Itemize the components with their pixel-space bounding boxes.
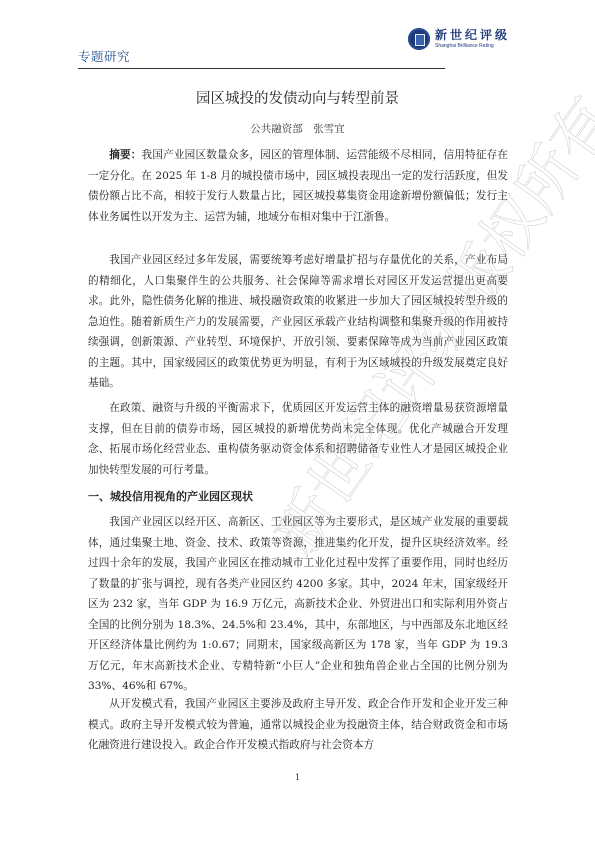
section-heading: 一、城投信用视角的产业园区现状	[88, 488, 253, 504]
logo-text: 新世纪评级 Shanghai Brilliance Rating	[435, 28, 510, 50]
intro-paragraph-1: 我国产业园区经过多年发展，需要统筹考虑好增量扩招与存量优化的关系，产业布局的精细…	[88, 250, 508, 394]
section-paragraph-2: 从开发模式看，我国产业园区主要涉及政府主导开发、政企合作开发和企业开发三种模式。…	[88, 694, 508, 756]
document-authors: 公共融资部 张雪宜	[0, 121, 595, 136]
document-title: 园区城投的发债动向与转型前景	[0, 87, 595, 108]
intro-paragraph-2: 在政策、融资与升级的平衡需求下，优质园区开发运营主体的融资增量易获资源增量支撑，…	[88, 398, 508, 480]
company-logo: 新世纪评级 Shanghai Brilliance Rating	[408, 28, 510, 50]
logo-name-en: Shanghai Brilliance Rating	[435, 42, 510, 50]
abstract: 摘要：我国产业园区数量众多，园区的管理体制、运营能级不尽相同，信用特征存在一定分…	[88, 145, 508, 227]
section-label: 专题研究	[78, 47, 130, 65]
abstract-text: 我国产业园区数量众多，园区的管理体制、运营能级不尽相同，信用特征存在一定分化。在…	[88, 149, 508, 223]
abstract-label: 摘要：	[109, 149, 141, 161]
logo-name-cn: 新世纪评级	[435, 28, 510, 42]
page-number: 1	[0, 773, 595, 782]
brilliance-emblem-icon	[408, 28, 430, 50]
page-header: 专题研究 新世纪评级 Shanghai Brilliance Rating	[78, 26, 445, 69]
section-paragraph-1: 我国产业园区以经开区、高新区、工业园区等为主要形式，是区域产业发展的重要载体，通…	[88, 512, 508, 697]
